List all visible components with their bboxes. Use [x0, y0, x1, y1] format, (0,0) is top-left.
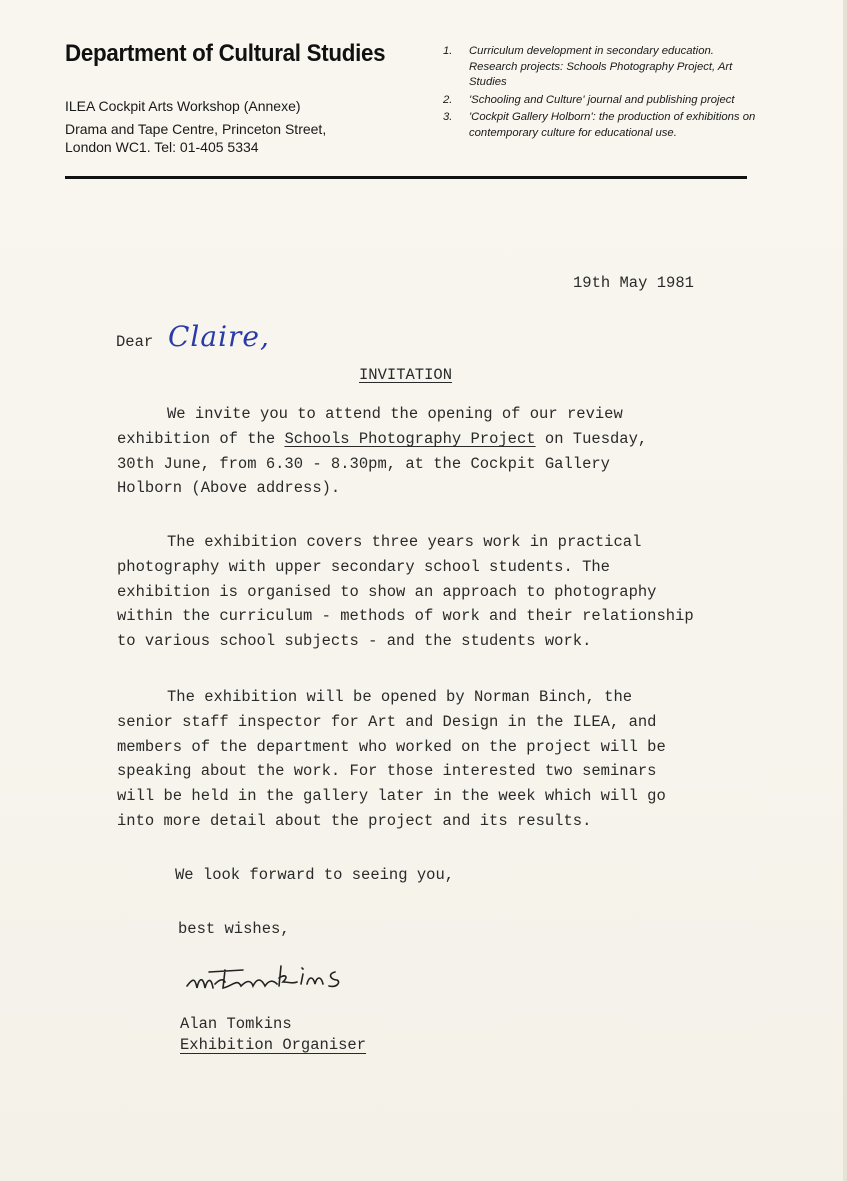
handwritten-recipient: Claire, — [168, 320, 270, 353]
salutation: Dear — [116, 333, 153, 351]
project-text: Curriculum development in secondary educ… — [469, 44, 763, 91]
text-line: senior staff inspector for Art and Desig… — [117, 710, 666, 735]
project-item: 2. 'Schooling and Culture' journal and p… — [443, 93, 763, 109]
letter-date: 19th May 1981 — [573, 274, 694, 292]
signatory-name: Alan Tomkins — [180, 1015, 292, 1033]
paragraph-exhibition-description: The exhibition covers three years work i… — [117, 530, 694, 654]
project-item: 3. 'Cockpit Gallery Holborn': the produc… — [443, 110, 763, 141]
sign-off: best wishes, — [178, 920, 290, 938]
text-line: will be held in the gallery later in the… — [117, 784, 666, 809]
signatory-role: Exhibition Organiser — [180, 1036, 366, 1054]
text-span: exhibition of the — [117, 430, 284, 448]
text-line: into more detail about the project and i… — [117, 809, 666, 834]
text-line: exhibition of the Schools Photography Pr… — [117, 427, 647, 452]
text-line: exhibition is organised to show an appro… — [117, 580, 694, 605]
project-number: 3. — [443, 110, 469, 141]
text-line: We invite you to attend the opening of o… — [117, 402, 647, 427]
text-line: photography with upper secondary school … — [117, 555, 694, 580]
letter-heading: INVITATION — [359, 366, 452, 384]
paragraph-invitation: We invite you to attend the opening of o… — [117, 402, 647, 501]
text-line: speaking about the work. For those inter… — [117, 759, 666, 784]
text-line: The exhibition will be opened by Norman … — [117, 685, 666, 710]
text-line: to various school subjects - and the stu… — [117, 629, 694, 654]
text-line: Holborn (Above address). — [117, 476, 647, 501]
address-line-2: London WC1. Tel: 01-405 5334 — [65, 138, 326, 156]
project-number: 1. — [443, 44, 469, 91]
text-line: The exhibition covers three years work i… — [117, 530, 694, 555]
handwritten-signature — [185, 958, 385, 998]
project-text: 'Schooling and Culture' journal and publ… — [469, 93, 763, 109]
text-line: members of the department who worked on … — [117, 735, 666, 760]
annexe-name: ILEA Cockpit Arts Workshop (Annexe) — [65, 98, 301, 114]
paragraph-opening-details: The exhibition will be opened by Norman … — [117, 685, 666, 834]
text-line: 30th June, from 6.30 - 8.30pm, at the Co… — [117, 452, 647, 477]
projects-list: 1. Curriculum development in secondary e… — [443, 44, 763, 143]
project-text: 'Cockpit Gallery Holborn': the productio… — [469, 110, 763, 141]
project-name-underlined: Schools Photography Project — [284, 430, 535, 448]
letterhead-divider — [65, 176, 747, 179]
department-title: Department of Cultural Studies — [65, 40, 385, 68]
project-number: 2. — [443, 93, 469, 109]
closing-line: We look forward to seeing you, — [175, 866, 454, 884]
address-line-1: Drama and Tape Centre, Princeton Street, — [65, 120, 326, 138]
text-span: on Tuesday, — [536, 430, 648, 448]
text-line: within the curriculum - methods of work … — [117, 604, 694, 629]
project-item: 1. Curriculum development in secondary e… — [443, 44, 763, 91]
letter-page: Department of Cultural Studies ILEA Cock… — [0, 0, 847, 1181]
address-block: Drama and Tape Centre, Princeton Street,… — [65, 120, 326, 156]
